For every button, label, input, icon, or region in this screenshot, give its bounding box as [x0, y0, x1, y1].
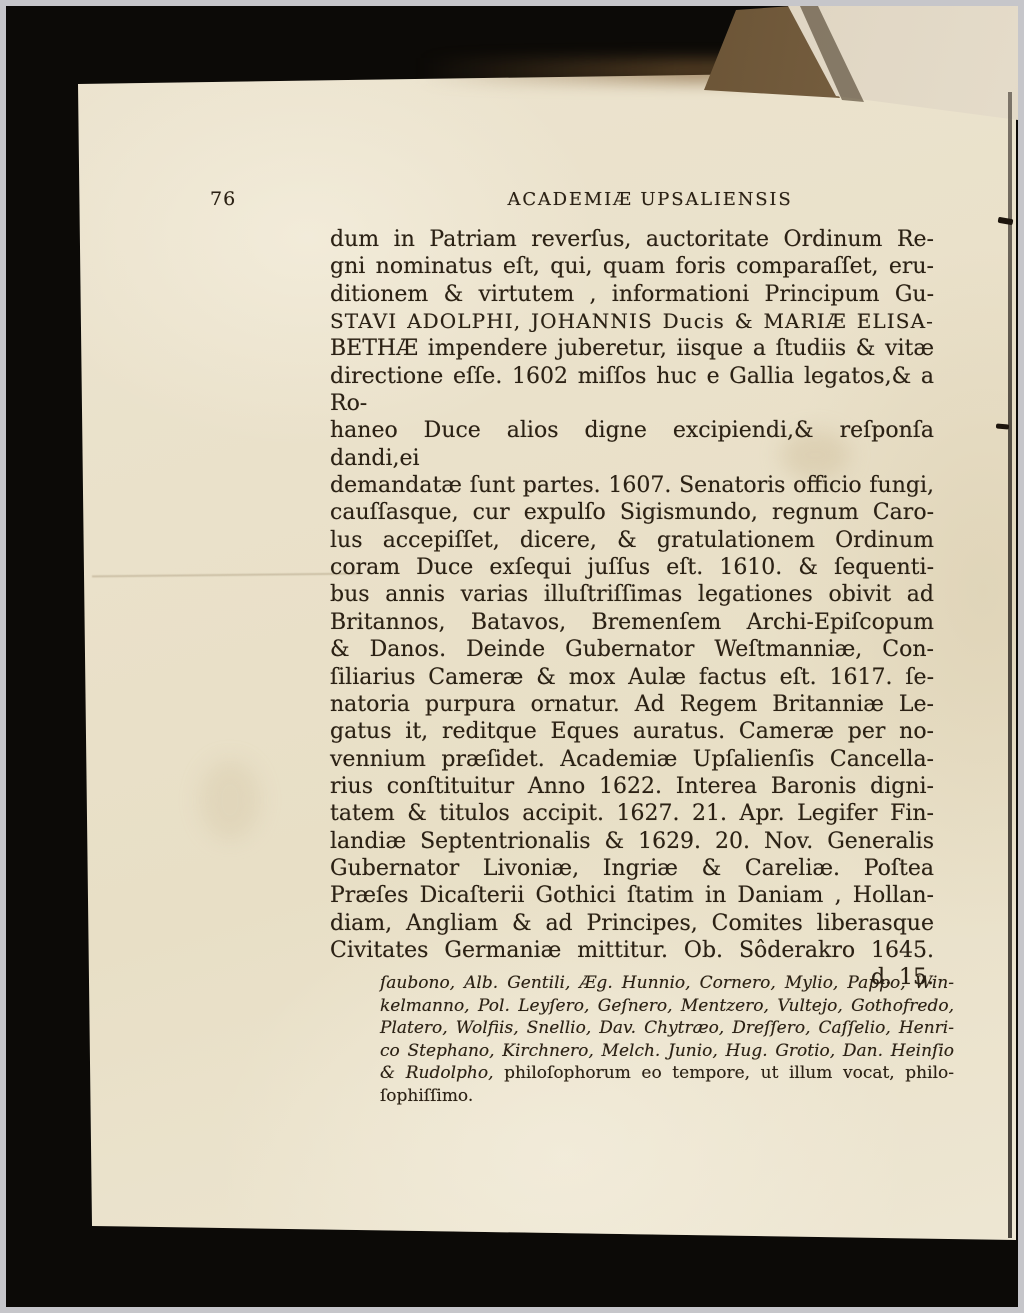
running-title: ACADEMIÆ UPSALIENSIS [470, 189, 830, 210]
margin-ink-mark [996, 423, 1009, 429]
footnote-line: co Stephano, Kirchnero, Melch. Junio, Hu… [380, 1040, 954, 1063]
body-line: BETHÆ impendere juberetur, iisque a ſtud… [330, 335, 934, 362]
body-line: haneo Duce alios digne excipiendi,& reſp… [330, 417, 934, 472]
footnote-name-segment: co Stephano, Kirchnero, Melch. Junio, Hu… [380, 1041, 954, 1061]
footnote-line: kelmanno, Pol. Leyſero, Geſnero, Mentzer… [380, 995, 954, 1018]
body-line: cauſſasque, cur expulſo Sigismundo, regn… [330, 499, 934, 526]
body-line: rius conſtituitur Anno 1622. Interea Bar… [330, 773, 934, 800]
body-line: bus annis varias illuſtriſſimas legation… [330, 581, 934, 608]
footnote-name-segment: ſaubono, Alb. Gentili, Æg. Hunnio, Corne… [380, 973, 954, 993]
footnote-line: Platero, Wolfiis, Snellio, Dav. Chytræo,… [380, 1017, 954, 1040]
body-line: Civitates Germaniæ mittitur. Ob. Sôderak… [330, 937, 934, 964]
body-line: dum in Patriam reverſus, auctoritate Ord… [330, 226, 934, 253]
footnote: ſaubono, Alb. Gentili, Æg. Hunnio, Corne… [380, 972, 954, 1108]
body-line: Præſes Dicaſterii Gothici ſtatim in Dani… [330, 882, 934, 909]
body-line: tatem & titulos accipit. 1627. 21. Apr. … [330, 800, 934, 827]
body-line: Gubernator Livoniæ, Ingriæ & Careliæ. Po… [330, 855, 934, 882]
body-line: gni nominatus eſt, qui, quam foris compa… [330, 253, 934, 280]
body-line: demandatæ ſunt partes. 1607. Senatoris o… [330, 472, 934, 499]
body-line: directione eſſe. 1602 miſſos huc e Galli… [330, 363, 934, 418]
body-line: lus accepiſſet, dicere, & gratulationem … [330, 527, 934, 554]
body-line: STAVI ADOLPHI, JOHANNIS Ducis & MARIÆ EL… [330, 308, 934, 335]
paper-stain [200, 760, 260, 840]
page-right-edge-crease [1008, 92, 1012, 1238]
footnote-text-segment: ſophiſſimo. [380, 1086, 473, 1106]
body-line: landiæ Septentrionalis & 1629. 20. Nov. … [330, 828, 934, 855]
page-top-light-glow [420, 58, 750, 84]
body-line: & Danos. Deinde Gubernator Weſtmanniæ, C… [330, 636, 934, 663]
footnote-line: ſophiſſimo. [380, 1085, 954, 1108]
body-line: ſiliarius Cameræ & mox Aulæ factus eſt. … [330, 664, 934, 691]
body-line: gatus it, reditque Eques auratus. Cameræ… [330, 718, 934, 745]
footnote-line: ſaubono, Alb. Gentili, Æg. Hunnio, Corne… [380, 972, 954, 995]
page-number: 76 [210, 188, 236, 210]
scanned-book-photo: 76 ACADEMIÆ UPSALIENSIS dum in Patriam r… [0, 0, 1024, 1313]
footnote-name-segment: Platero, Wolfiis, Snellio, Dav. Chytræo,… [380, 1018, 954, 1038]
footnote-text-segment: philoſophorum eo tempore, ut illum vocat… [494, 1063, 955, 1083]
body-line: vennium præſidet. Academiæ Upſalienſis C… [330, 746, 934, 773]
body-line: natoria purpura ornatur. Ad Regem Britan… [330, 691, 934, 718]
footnote-name-segment: & Rudolpho, [380, 1063, 494, 1083]
body-line: Britannos, Batavos, Bremenſem Archi-Epiſ… [330, 609, 934, 636]
footnote-name-segment: kelmanno, Pol. Leyſero, Geſnero, Mentzer… [380, 996, 954, 1016]
body-line: diam, Angliam & ad Principes, Comites li… [330, 910, 934, 937]
footnote-line: & Rudolpho, philoſophorum eo tempore, ut… [380, 1062, 954, 1085]
body-line: ditionem & virtutem , informationi Princ… [330, 281, 934, 308]
body-line: coram Duce exſequi juſſus eſt. 1610. & ſ… [330, 554, 934, 581]
body-text: dum in Patriam reverſus, auctoritate Ord… [330, 226, 934, 992]
